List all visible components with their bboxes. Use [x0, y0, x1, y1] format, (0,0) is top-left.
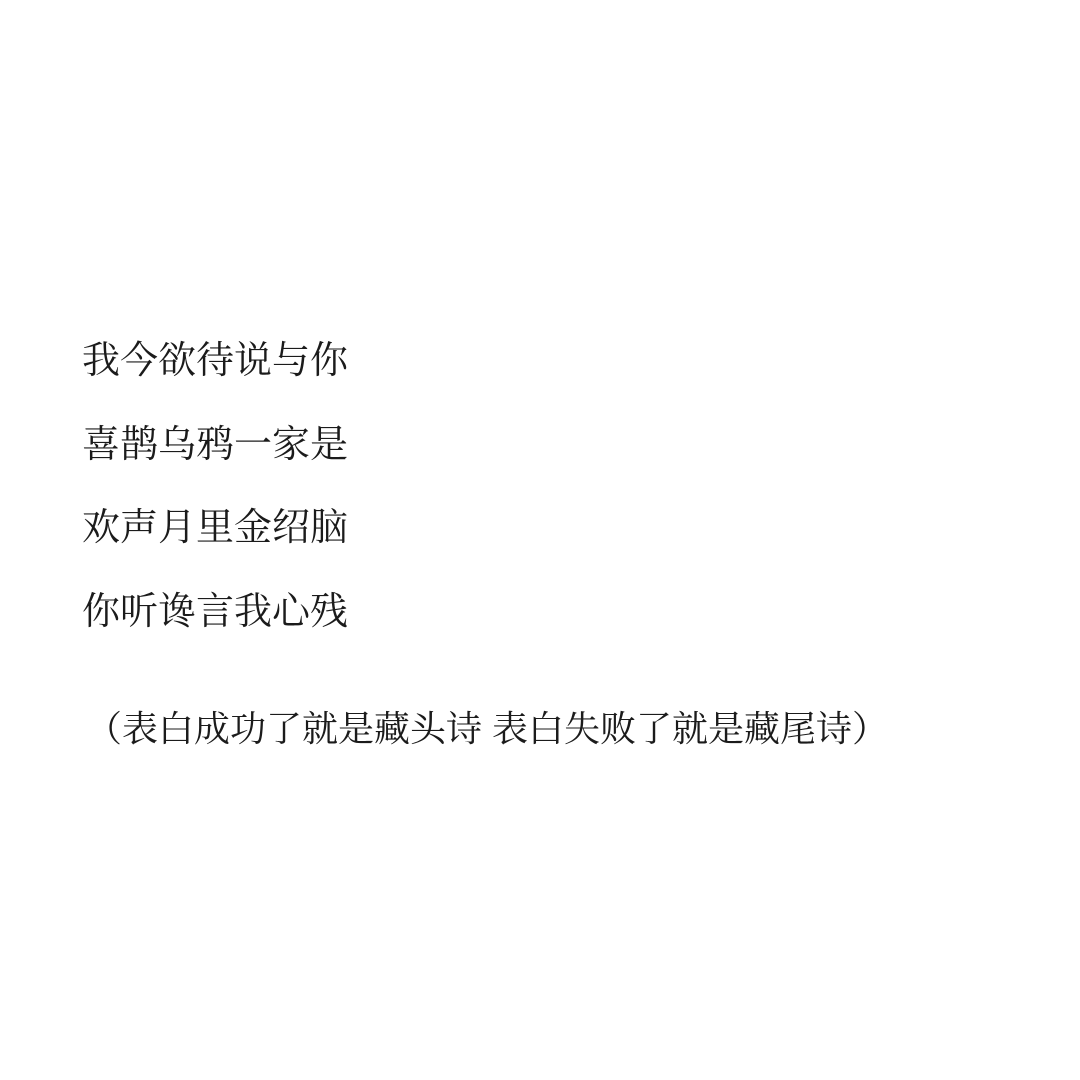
poem-line: 欢声月里金绍脑 — [82, 509, 348, 547]
poem-line: 你听谗言我心残 — [82, 593, 348, 631]
poem-line: 喜鹊乌鸦一家是 — [82, 426, 348, 464]
text-meme-page: 我今欲待说与你 喜鹊乌鸦一家是 欢声月里金绍脑 你听谗言我心残 （表白成功了就是… — [0, 0, 1080, 1080]
poem-line: 我今欲待说与你 — [82, 342, 348, 380]
poem-note: （表白成功了就是藏头诗 表白失败了就是藏尾诗） — [86, 707, 888, 750]
